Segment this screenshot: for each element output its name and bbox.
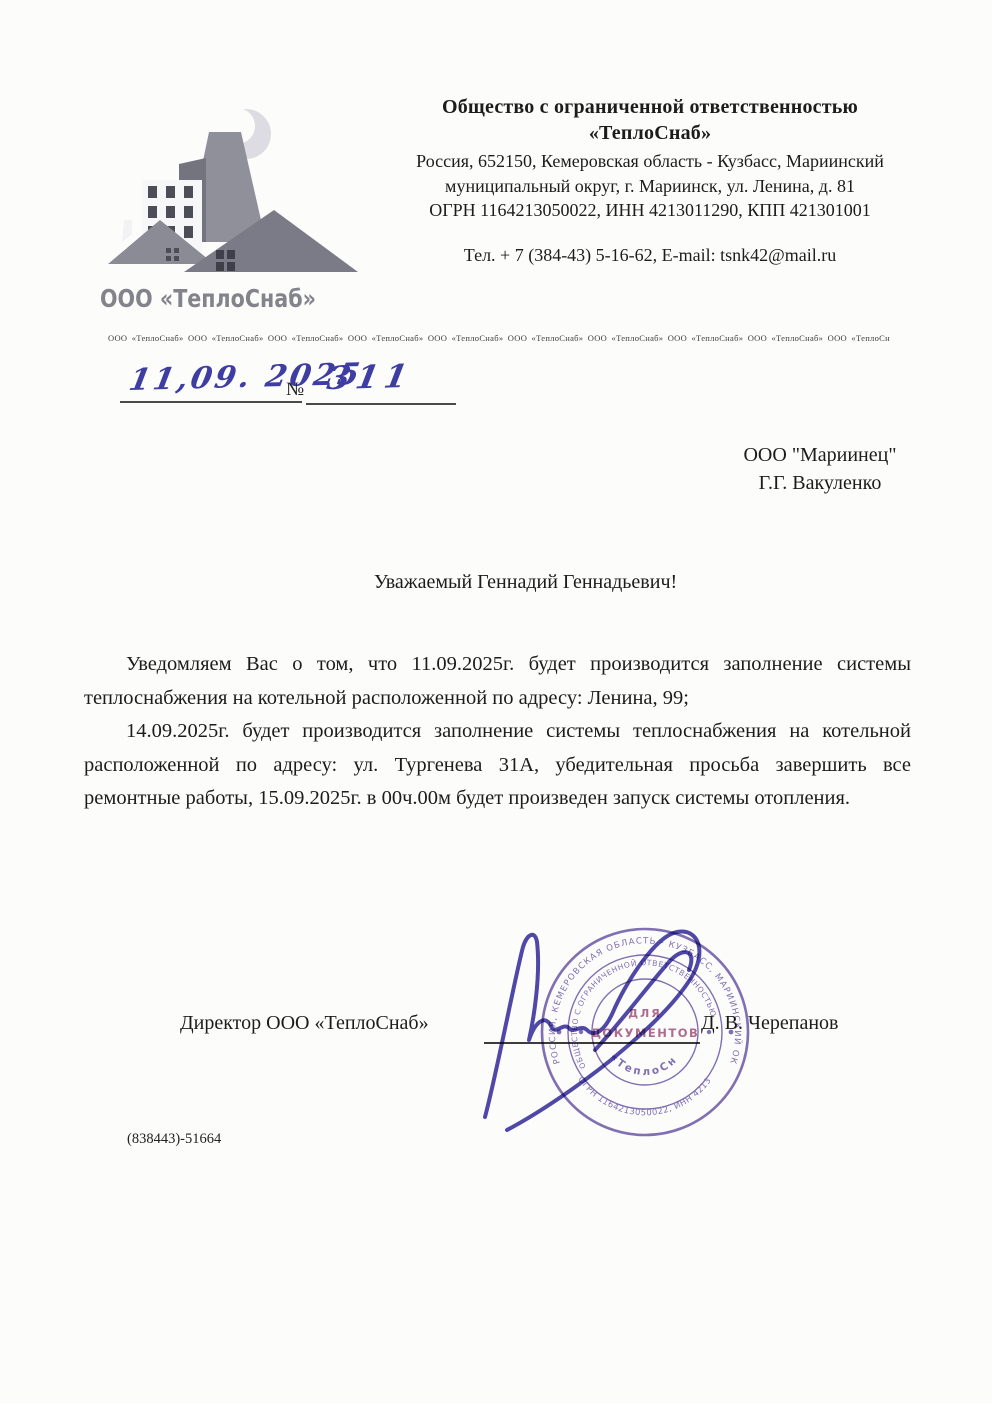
signer-title: Директор ООО «ТеплоСнаб» [180,1012,429,1035]
body-paragraph-2: 14.09.2025г. будет производится заполнен… [84,715,911,816]
teplosnab-logo: ООО «ТеплоСнаб» [96,102,358,316]
footer-phone: (838443)-51664 [127,1131,221,1148]
logo-caption: ООО «ТеплоСнаб» [100,284,316,313]
recipient-org: ООО "Мариинец" [698,441,942,469]
director-signature [445,922,745,1137]
number-sign: № [286,379,304,401]
logo-buildings-icon [108,108,358,272]
org-type-line: Общество с ограниченной ответственностью [370,94,930,120]
letterhead-block: Общество с ограниченной ответственностью… [370,94,930,266]
handwritten-number: 311 [324,357,416,397]
address-line-1: Россия, 652150, Кемеровская область - Ку… [370,149,930,174]
letter-page: ООО «ТеплоСнаб» Общество с ограниченной … [0,0,992,1403]
body-paragraph-1: Уведомляем Вас о том, что 11.09.2025г. б… [84,648,911,715]
recipient-block: ООО "Мариинец" Г.Г. Вакуленко [698,441,942,497]
letter-body: Уведомляем Вас о том, что 11.09.2025г. б… [84,648,911,816]
address-line-2: муниципальный округ, г. Мариинск, ул. Ле… [370,174,930,199]
repeated-brand-divider: ООО «ТеплоСнаб» ООО «ТеплоСнаб» ООО «Теп… [108,333,890,343]
recipient-person: Г.Г. Вакуленко [698,469,942,497]
org-name-line: «ТеплоСнаб» [370,120,930,146]
contact-line: Тел. + 7 (384-43) 5-16-62, E-mail: tsnk4… [370,245,930,266]
registration-line: ОГРН 1164213050022, ИНН 4213011290, КПП … [370,198,930,223]
salutation: Уважаемый Геннадий Геннадьевич! [84,571,911,594]
